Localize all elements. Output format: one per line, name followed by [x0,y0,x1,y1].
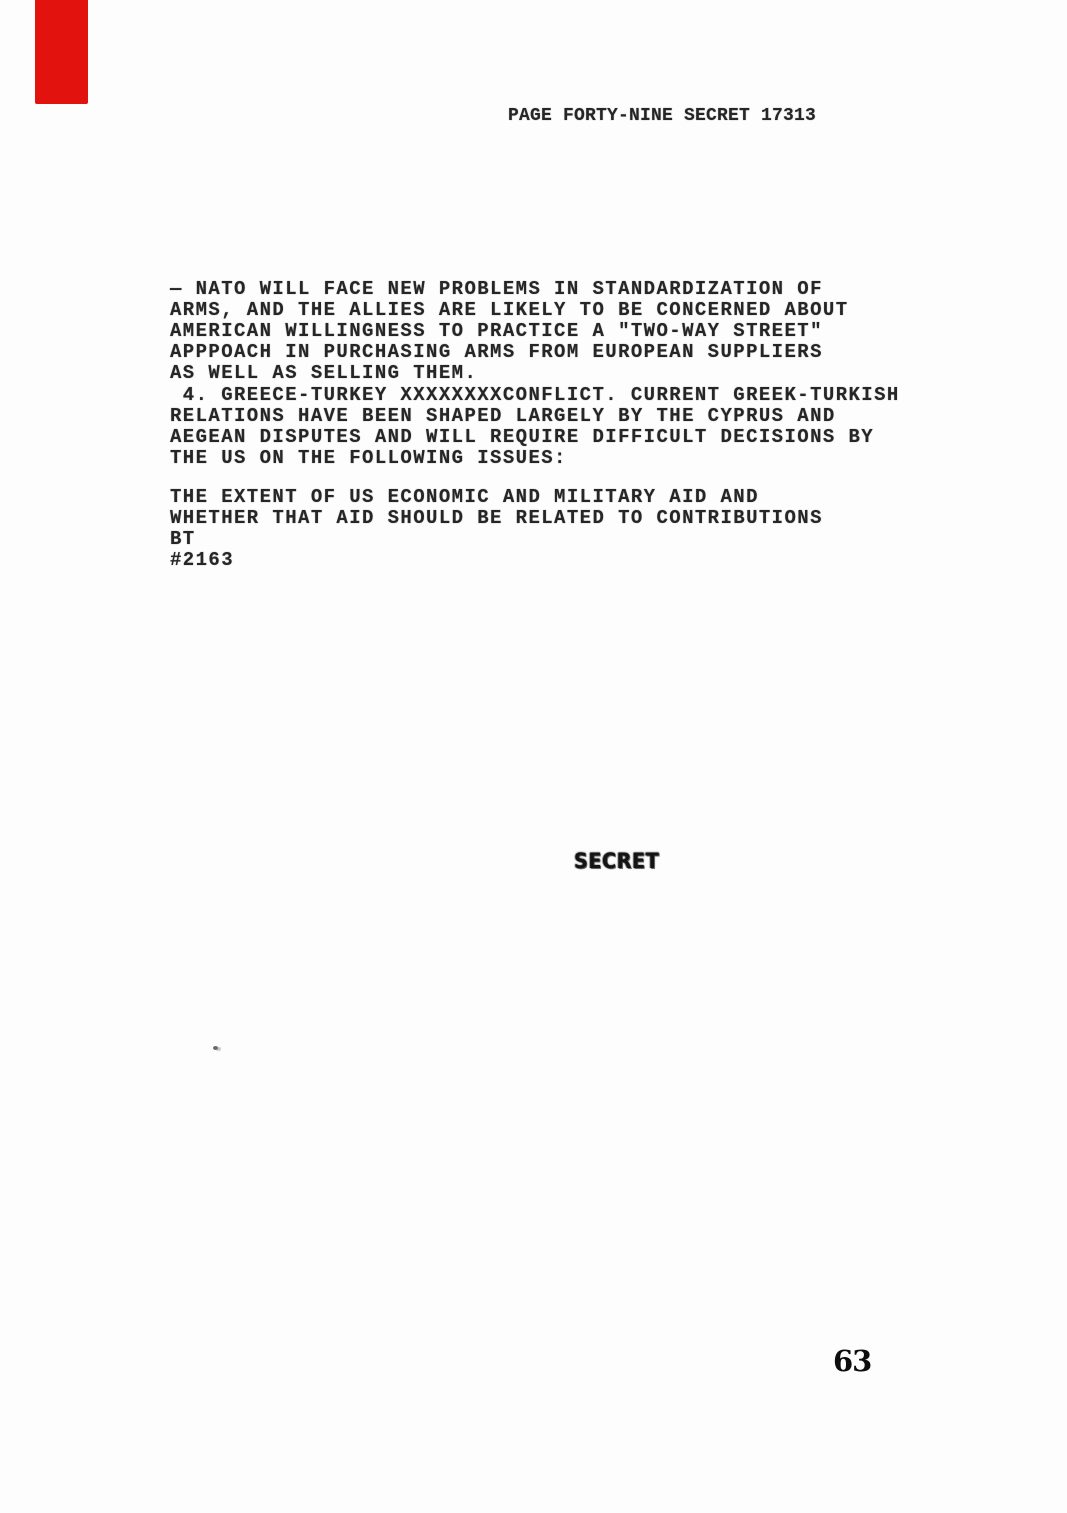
text-line: #2163 [170,550,823,571]
text-line: APPPOACH IN PURCHASING ARMS FROM EUROPEA… [170,342,849,363]
paragraph-greece-turkey-conflict: 4. GREECE-TURKEY XXXXXXXXCONFLICT. CURRE… [170,385,900,469]
text-line: RELATIONS HAVE BEEN SHAPED LARGELY BY TH… [170,406,900,427]
text-line: ARMS, AND THE ALLIES ARE LIKELY TO BE CO… [170,300,849,321]
secret-stamp: SECRET [574,849,659,873]
page-number: 63 [833,1344,871,1378]
text-line: BT [170,529,823,550]
text-line: 4. GREECE-TURKEY XXXXXXXXCONFLICT. CURRE… [170,385,900,406]
text-line: THE EXTENT OF US ECONOMIC AND MILITARY A… [170,487,823,508]
paragraph-us-aid: THE EXTENT OF US ECONOMIC AND MILITARY A… [170,487,823,571]
text-line: AMERICAN WILLINGNESS TO PRACTICE A "TWO-… [170,321,849,342]
text-line: AEGEAN DISPUTES AND WILL REQUIRE DIFFICU… [170,427,900,448]
paragraph-nato-arms: — NATO WILL FACE NEW PROBLEMS IN STANDAR… [170,279,849,384]
page-header-classification: PAGE FORTY-NINE SECRET 17313 [508,106,816,126]
text-line: WHETHER THAT AID SHOULD BE RELATED TO CO… [170,508,823,529]
text-line: — NATO WILL FACE NEW PROBLEMS IN STANDAR… [170,279,849,300]
scanned-document-page: PAGE FORTY-NINE SECRET 17313 — NATO WILL… [0,0,1067,1513]
ink-speck [213,1046,218,1050]
text-line: AS WELL AS SELLING THEM. [170,363,849,384]
red-margin-mark [35,0,88,104]
text-line: THE US ON THE FOLLOWING ISSUES: [170,448,900,469]
